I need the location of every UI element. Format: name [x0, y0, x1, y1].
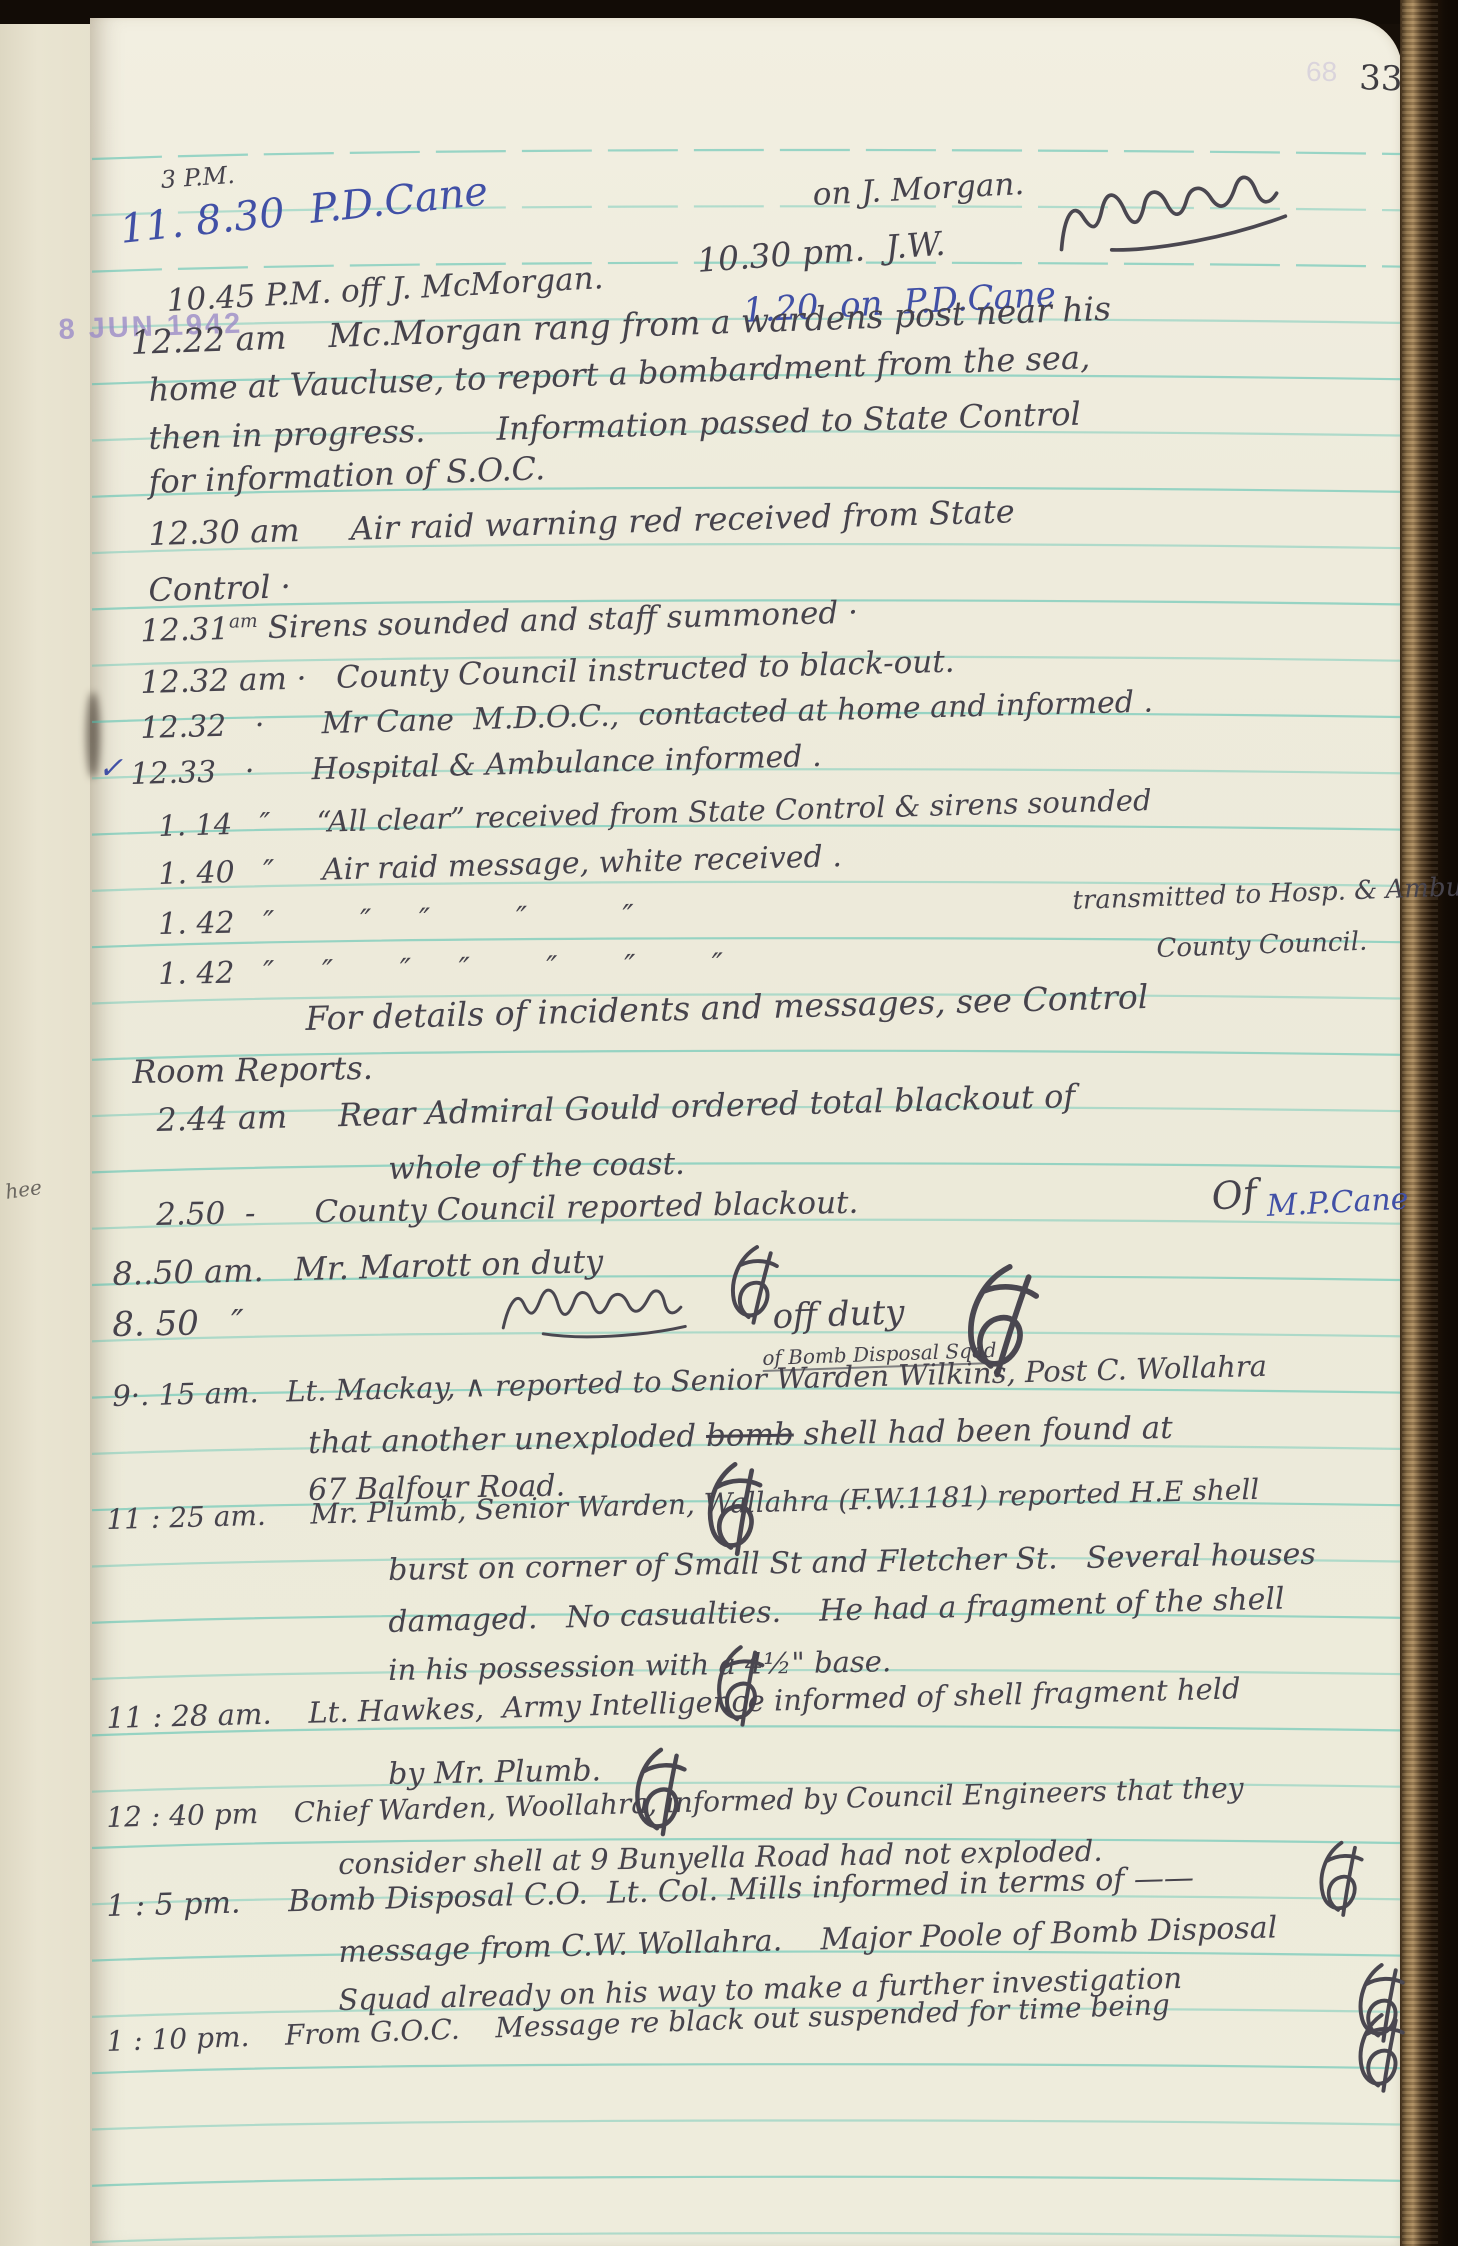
log-entry-1230-line2: Control ·	[148, 570, 291, 606]
entry-text: that another unexploded	[308, 1418, 706, 1461]
log-entry-850b-text: off duty	[772, 1295, 905, 1334]
illegible-signature	[430, 1282, 760, 1356]
log-entry-244-line2: whole of the coast.	[388, 1149, 685, 1185]
entry-time-suffix: am	[229, 611, 258, 633]
logbook-photo: 68 33 8 JUN 1942 3 P.M. on J. Morgan. 11…	[0, 0, 1458, 2246]
page-number: 33	[1359, 58, 1404, 99]
log-entry-142b-text: County Council.	[1156, 929, 1368, 962]
log-entry-1125-line4: in his possession with a 4½" base.	[388, 1647, 891, 1685]
log-entry-1128-line2: by Mr. Plumb.	[388, 1756, 601, 1790]
illegible-initials	[1306, 1836, 1372, 1920]
faint-stamp-number: 68	[1306, 56, 1337, 88]
page-stack-striations	[1402, 0, 1438, 2246]
header-time-note: 3 P.M.	[160, 163, 236, 192]
margin-check-mark: ✓	[98, 754, 123, 784]
entry-time: 12.31	[140, 611, 230, 649]
log-entry-850b-time: 8. 50 ″	[112, 1306, 244, 1342]
margin-note: hee	[4, 1177, 43, 1202]
blue-signoff: M.P.Cane	[1266, 1185, 1409, 1222]
entry-text: shell had been found at	[793, 1410, 1173, 1453]
details-note-line2: Room Reports.	[132, 1052, 373, 1088]
illegible-initials	[1346, 2008, 1412, 2096]
log-entry-142a-dittos: 1. 42 ″ ″ ″ ″ ″	[158, 902, 634, 940]
left-page-edge	[0, 24, 94, 2246]
signoff-initial: Of	[1210, 1174, 1258, 1216]
struck-word: bomb	[706, 1417, 794, 1455]
